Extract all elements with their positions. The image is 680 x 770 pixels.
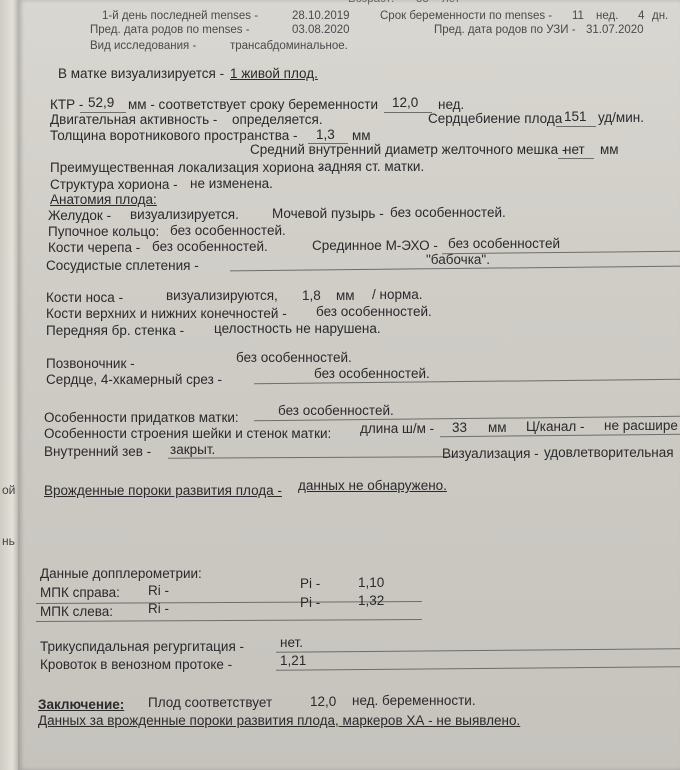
conclusion-label: Заключение:	[38, 697, 124, 713]
ultrasound-report-page: Возраст: 33 лет 1-й день последней mense…	[18, 0, 680, 770]
ductus-venosus-value: 1,21	[280, 653, 306, 669]
doppler-row-label: МПК справа:	[40, 585, 120, 601]
nasal-bone-size: 1,8	[302, 288, 321, 304]
doppler-pi-label: Pi -	[300, 576, 320, 592]
yolk-sac-value: нет	[564, 142, 585, 158]
doppler-heading: Данные допплерометрии:	[40, 566, 202, 582]
age-unit: лет	[442, 0, 460, 7]
exam-type-label: Вид исследования -	[90, 38, 196, 54]
doppler-ri-label: Ri -	[148, 583, 169, 599]
cervix-length-label: длина ш/м -	[360, 421, 434, 437]
doppler-pi-value: 1,10	[358, 575, 384, 591]
cervix-length-value: 33	[452, 420, 467, 436]
margin-fragment: нь	[2, 534, 15, 548]
heart-rate-value: 151	[564, 109, 587, 125]
skull-value: без особенностей.	[152, 239, 268, 255]
bladder-label: Мочевой пузырь -	[272, 206, 384, 222]
ductus-venosus-label: Кровоток в венозном протоке -	[40, 657, 232, 673]
spine-value: без особенностей.	[236, 350, 352, 366]
cervical-canal-value: не расшире	[604, 418, 678, 434]
doppler-pi-value: 1,32	[358, 593, 384, 609]
adnexa-value: без особенностей.	[278, 403, 394, 419]
yolk-sac-unit: мм	[600, 142, 619, 158]
age-value: 33	[416, 0, 429, 7]
heart-rate-label: Сердцебиение плода	[428, 111, 562, 127]
doppler-pi-label: Pi -	[300, 595, 320, 611]
chorion-location-value: задняя ст. матки.	[318, 159, 424, 175]
umbilical-value: без особенностей.	[170, 223, 286, 239]
cervix-length-unit: мм	[488, 420, 507, 436]
conclusion-line-2: Данных за врожденные пороки развития пло…	[38, 713, 520, 729]
margin-fragment: ой	[2, 483, 15, 497]
doppler-row-label: МПК слева:	[40, 604, 113, 620]
heart-rate-unit: уд/мин.	[598, 110, 644, 126]
edd-us-label: Пред. дата родов по УЗИ -	[434, 22, 576, 38]
nasal-bone-norm: / норма.	[372, 287, 423, 303]
chorion-structure-label: Структура хориона -	[50, 177, 178, 193]
nasal-bone-unit: мм	[336, 288, 355, 304]
conclusion-ga-value: 12,0	[310, 694, 336, 710]
cervical-canal-label: Ц/канал -	[526, 419, 585, 435]
yolk-sac-underline	[558, 158, 594, 159]
bladder-value: без особенностей.	[390, 205, 506, 221]
tricuspid-value: нет.	[280, 635, 303, 651]
malformations-label: Врожденные пороки развития плода -	[44, 483, 282, 499]
uterus-label: В матке визуализируется -	[58, 66, 224, 82]
stomach-label: Желудок -	[48, 208, 111, 224]
visualization-value: удовлетворительная	[544, 445, 674, 461]
heart-4ch-value: без особенностей.	[314, 366, 430, 382]
yolk-sac-label: Средний внутренний диаметр желточного ме…	[250, 142, 566, 158]
adnexa-label: Особенности придатков матки:	[44, 410, 239, 426]
nt-value: 1,3	[316, 127, 335, 143]
skull-label: Кости черепа -	[48, 240, 140, 256]
abdominal-wall-value: целостность не нарушена.	[214, 321, 381, 337]
age-label: Возраст:	[348, 0, 394, 7]
ktr-ga-underline	[384, 112, 432, 113]
visualization-label: Визуализация -	[442, 446, 539, 462]
ktr-ga-value: 12,0	[392, 95, 418, 111]
ductus-venosus-underline	[276, 666, 680, 671]
ktr-unit: мм - соответствует сроку беременности	[128, 97, 378, 113]
tricuspid-underline	[276, 648, 680, 653]
edd-label: Пред. дата родов по menses -	[90, 22, 250, 38]
heart-4ch-label: Сердце, 4-хкамерный срез -	[46, 372, 222, 388]
plexus-value: "бабочка".	[426, 252, 490, 268]
ga-days-unit: дн.	[652, 8, 668, 24]
exam-type-value: трансабдоминальное.	[230, 38, 348, 54]
malformations-value: данных не обнаружено.	[298, 478, 447, 494]
cervix-underline	[440, 434, 680, 438]
anatomy-heading: Анатомия плода:	[50, 192, 157, 208]
nasal-bone-value: визуализируются,	[166, 288, 278, 304]
internal-os-underline	[168, 456, 458, 459]
uterus-value: 1 живой плод.	[230, 66, 318, 82]
conclusion-ga-unit: нед. беременности.	[352, 693, 476, 709]
heart-rate-underline	[556, 126, 596, 127]
midline-echo-label: Срединное М-ЭХО -	[312, 238, 438, 254]
umbilical-label: Пупочное кольцо:	[48, 224, 159, 240]
edd-us-value: 31.07.2020	[586, 22, 644, 38]
plexus-label: Сосудистые сплетения -	[46, 258, 199, 274]
internal-os-label: Внутренний зев -	[44, 444, 151, 460]
chorion-structure-value: не изменена.	[190, 176, 273, 192]
nasal-bone-label: Кости носа -	[46, 290, 123, 306]
stomach-value: визуализируется.	[130, 207, 239, 223]
cervix-label: Особенности строения шейки и стенок матк…	[44, 426, 331, 442]
limbs-value: без особенностей.	[316, 304, 432, 320]
tricuspid-label: Трикуспидальная регургитация -	[40, 639, 244, 655]
spine-label: Позвоночник -	[46, 356, 135, 372]
chorion-location-label: Преимущественная локализация хориона -	[50, 160, 322, 176]
internal-os-value: закрыт.	[170, 442, 215, 458]
limbs-label: Кости верхних и нижних конечностей -	[46, 306, 287, 322]
edd-value: 03.08.2020	[292, 22, 350, 38]
doppler-ri-label: Ri -	[148, 601, 169, 617]
motor-label: Двигательная активность -	[50, 112, 217, 128]
motor-value: определяется.	[232, 112, 323, 128]
ktr-label: КТР -	[50, 97, 83, 113]
abdominal-wall-label: Передняя бр. стенка -	[46, 323, 184, 339]
ktr-value: 52,9	[88, 95, 114, 111]
conclusion-text: Плод соответствует	[148, 695, 272, 711]
midline-echo-value: без особенностей	[448, 236, 560, 252]
adjacent-page-edge: ой нь	[0, 0, 18, 770]
